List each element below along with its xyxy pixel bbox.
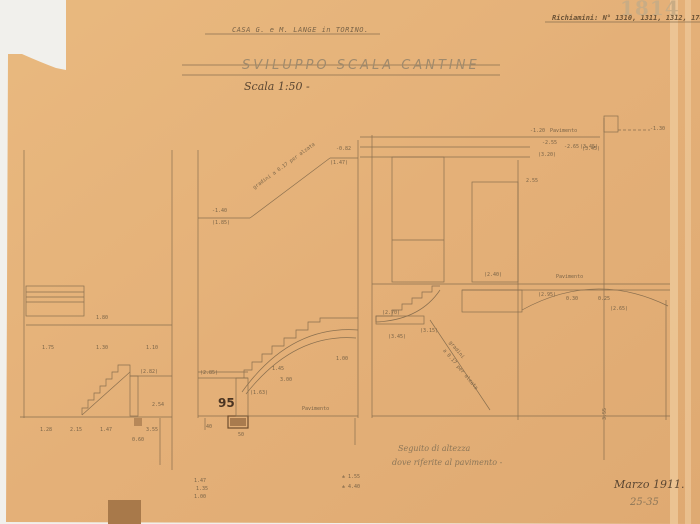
drawing-date: Marzo 1911. bbox=[614, 478, 685, 491]
paper-sheet bbox=[6, 0, 700, 524]
dim-label: (3.45) bbox=[582, 146, 600, 152]
dim-label: -2.55 bbox=[542, 140, 557, 146]
dim-label: Pavimento bbox=[556, 274, 583, 280]
dim-label: (1.63) bbox=[250, 390, 268, 396]
dim-label: 2.54 bbox=[152, 402, 164, 408]
dim-label: (1.47) bbox=[330, 160, 348, 166]
dim-label: 1.10 bbox=[146, 345, 158, 351]
dim-label: 0.25 bbox=[598, 296, 610, 302]
dim-label: (3.20) bbox=[538, 152, 556, 158]
dim-label: 3.55 bbox=[602, 408, 608, 420]
dim-label: (2.85) bbox=[200, 370, 218, 376]
architectural-drawing-sheet bbox=[0, 0, 700, 524]
dim-label: (2.65) bbox=[610, 306, 628, 312]
dim-label: (2.40) bbox=[484, 272, 502, 278]
dim-label: 1.35 bbox=[196, 486, 208, 492]
dim-label: 1.45 bbox=[272, 366, 284, 372]
dim-label: (3.45) bbox=[388, 334, 406, 340]
drawing-title: SVILUPPO SCALA CANTINE bbox=[242, 58, 480, 73]
dim-label: -0.82 bbox=[336, 146, 351, 152]
elevation-mark: 95 bbox=[218, 396, 235, 410]
note-line-2: dove riferite al pavimento - bbox=[392, 458, 502, 467]
dim-label: Pavimento bbox=[550, 128, 577, 134]
fold-strip bbox=[685, 0, 691, 524]
dim-label: (2.95) bbox=[538, 292, 556, 298]
dim-label: 3.55 bbox=[146, 427, 158, 433]
dim-label: 1.00 bbox=[194, 494, 206, 500]
archive-stamp-number: 1814 bbox=[620, 0, 680, 20]
drawing-scale: Scala 1:50 - bbox=[244, 80, 310, 93]
dim-label: 50 bbox=[238, 432, 244, 438]
dim-label: 1.30 bbox=[96, 345, 108, 351]
dim-label: (2.82) bbox=[140, 369, 158, 375]
dim-label: -1.30 bbox=[650, 126, 665, 132]
dim-label: -1.40 bbox=[212, 208, 227, 214]
fold-strip bbox=[670, 0, 678, 524]
dim-label: 1.47 bbox=[100, 427, 112, 433]
tape-patch bbox=[108, 500, 141, 524]
dim-label: 2.15 bbox=[70, 427, 82, 433]
dim-label: -2.65 bbox=[564, 144, 579, 150]
dim-label: 2.55 bbox=[526, 178, 538, 184]
dim-label: Pavimento bbox=[302, 406, 329, 412]
dim-label: 3.00 bbox=[280, 377, 292, 383]
dim-label: 1.28 bbox=[40, 427, 52, 433]
dim-label: (1.85) bbox=[212, 220, 230, 226]
dim-label: 1.80 bbox=[96, 315, 108, 321]
dim-label: ± 1.55 bbox=[342, 474, 360, 480]
dim-label: 1.00 bbox=[336, 356, 348, 362]
dim-label: 1.47 bbox=[194, 478, 206, 484]
dim-label: 1.75 bbox=[42, 345, 54, 351]
dim-label: -1.20 bbox=[530, 128, 545, 134]
note-line-1: Seguito di altezza bbox=[398, 444, 470, 453]
sheet-number: 25-35 bbox=[630, 497, 659, 508]
dim-label: 40 bbox=[206, 424, 212, 430]
dim-label: (3.15) bbox=[420, 328, 438, 334]
owner-header: CASA G. e M. LANGE in TORINO. bbox=[232, 26, 369, 34]
dim-label: 0.30 bbox=[566, 296, 578, 302]
dim-label: 0.60 bbox=[132, 437, 144, 443]
dim-label: ± 4.40 bbox=[342, 484, 360, 490]
dim-label: (2.70) bbox=[382, 310, 400, 316]
